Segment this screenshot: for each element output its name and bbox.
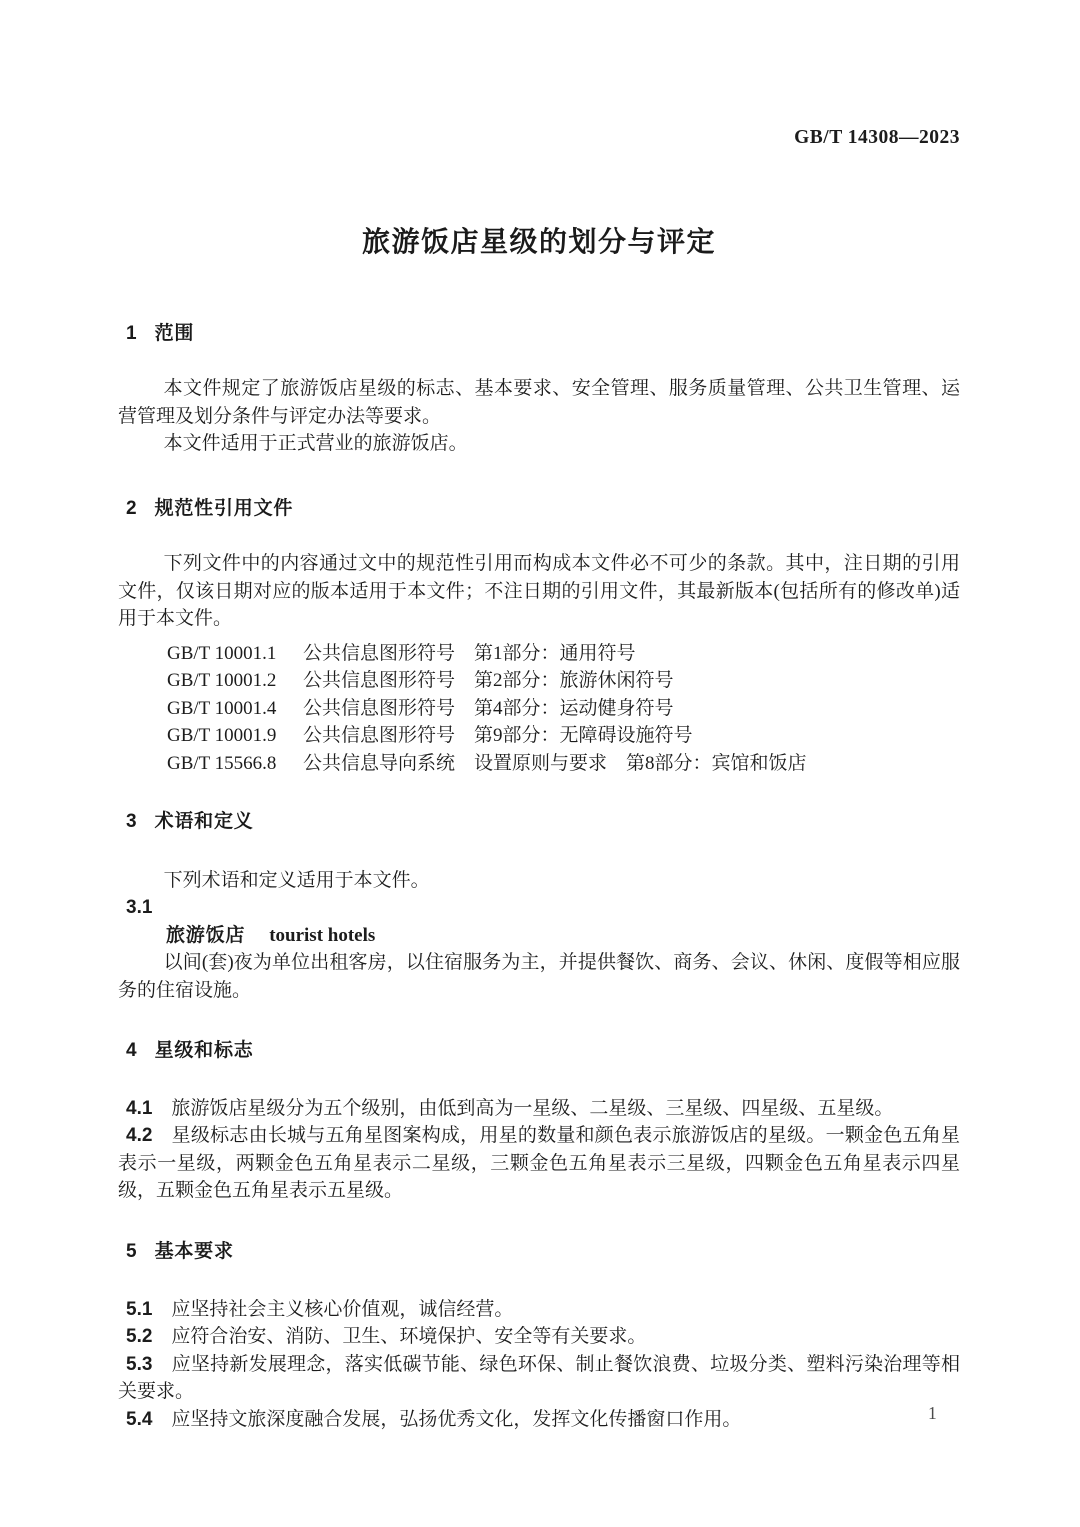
section-heading-label: 规范性引用文件 [155, 498, 294, 519]
section-heading-label: 范围 [155, 323, 195, 344]
section-heading-label: 术语和定义 [155, 811, 254, 832]
document-title: 旅游饭店星级的划分与评定 [118, 224, 960, 260]
section-heading: 5基本要求 [118, 1238, 960, 1266]
clause: 4.1旅游饭店星级分为五个级别，由低到高为一星级、二星级、三星级、四星级、五星级… [118, 1095, 960, 1123]
clause-number: 4.2 [126, 1125, 152, 1146]
section-heading-label: 基本要求 [155, 1241, 234, 1262]
clause-number: 5.4 [126, 1409, 152, 1430]
clause-number: 4.1 [126, 1098, 152, 1119]
reference-code: GB/T 10001.4 [167, 695, 303, 723]
section-heading-label: 星级和标志 [155, 1040, 254, 1061]
clause-number: 5.2 [126, 1326, 152, 1347]
standard-number: GB/T 14308—2023 [118, 128, 960, 148]
clause: 5.3应坚持新发展理念，落实低碳节能、绿色环保、制止餐饮浪费、垃圾分类、塑料污染… [118, 1351, 960, 1406]
reference-title: 公共信息图形符号 第1部分：通用符号 [303, 643, 636, 664]
section-heading: 4星级和标志 [118, 1037, 960, 1065]
paragraph: 本文件规定了旅游饭店星级的标志、基本要求、安全管理、服务质量管理、公共卫生管理、… [118, 375, 960, 430]
clause-text: 应符合治安、消防、卫生、环境保护、安全等有关要求。 [171, 1326, 646, 1347]
reference-code: GB/T 10001.9 [167, 722, 303, 750]
section-number: 5 [126, 1238, 137, 1266]
reference-code: GB/T 10001.1 [167, 640, 303, 668]
section-basic-requirements: 5基本要求 5.1应坚持社会主义核心价值观，诚信经营。 5.2应符合治安、消防、… [118, 1238, 960, 1433]
reference-item: GB/T 10001.2公共信息图形符号 第2部分：旅游休闲符号 [118, 667, 960, 695]
reference-code: GB/T 10001.2 [167, 667, 303, 695]
reference-title: 公共信息图形符号 第4部分：运动健身符号 [303, 698, 674, 719]
clause-text: 星级标志由长城与五角星图案构成，用星的数量和颜色表示旅游饭店的星级。一颗金色五角… [118, 1125, 960, 1201]
section-normative-references: 2规范性引用文件 下列文件中的内容通过文中的规范性引用而构成本文件必不可少的条款… [118, 495, 960, 777]
reference-item: GB/T 10001.4公共信息图形符号 第4部分：运动健身符号 [118, 695, 960, 723]
reference-item: GB/T 10001.1公共信息图形符号 第1部分：通用符号 [118, 640, 960, 668]
clause: 5.1应坚持社会主义核心价值观，诚信经营。 [118, 1296, 960, 1324]
clause-number: 5.1 [126, 1299, 152, 1320]
clause-text: 应坚持文旅深度融合发展，弘扬优秀文化，发挥文化传播窗口作用。 [171, 1409, 741, 1430]
standard-document-page: GB/T 14308—2023 旅游饭店星级的划分与评定 1范围 本文件规定了旅… [0, 0, 1080, 1527]
clause: 5.4应坚持文旅深度融合发展，弘扬优秀文化，发挥文化传播窗口作用。 [118, 1406, 960, 1434]
term-chinese: 旅游饭店 [166, 925, 245, 946]
page-number: 1 [928, 1402, 937, 1424]
reference-title: 公共信息导向系统 设置原则与要求 第8部分：宾馆和饭店 [303, 753, 807, 774]
section-heading: 2规范性引用文件 [118, 495, 960, 523]
clause: 4.2星级标志由长城与五角星图案构成，用星的数量和颜色表示旅游饭店的星级。一颗金… [118, 1122, 960, 1205]
section-star-rating-symbol: 4星级和标志 4.1旅游饭店星级分为五个级别，由低到高为一星级、二星级、三星级、… [118, 1037, 960, 1205]
section-terms-definitions: 3术语和定义 下列术语和定义适用于本文件。 3.1 旅游饭店tourist ho… [118, 808, 960, 1004]
clause-text: 应坚持社会主义核心价值观，诚信经营。 [171, 1299, 513, 1320]
section-number: 2 [126, 495, 137, 523]
paragraph: 下列术语和定义适用于本文件。 [118, 867, 960, 895]
section-heading: 3术语和定义 [118, 808, 960, 836]
section-scope: 1范围 本文件规定了旅游饭店星级的标志、基本要求、安全管理、服务质量管理、公共卫… [118, 320, 960, 458]
clause-text: 旅游饭店星级分为五个级别，由低到高为一星级、二星级、三星级、四星级、五星级。 [171, 1098, 893, 1119]
paragraph: 本文件适用于正式营业的旅游饭店。 [118, 430, 960, 458]
reference-item: GB/T 15566.8公共信息导向系统 设置原则与要求 第8部分：宾馆和饭店 [118, 750, 960, 778]
reference-code: GB/T 15566.8 [167, 750, 303, 778]
term-english: tourist hotels [269, 925, 375, 946]
reference-title: 公共信息图形符号 第9部分：无障碍设施符号 [303, 725, 693, 746]
clause: 5.2应符合治安、消防、卫生、环境保护、安全等有关要求。 [118, 1323, 960, 1351]
section-number: 4 [126, 1037, 137, 1065]
section-number: 3 [126, 808, 137, 836]
term-entry: 旅游饭店tourist hotels [118, 922, 960, 950]
term-number: 3.1 [118, 894, 960, 922]
paragraph: 下列文件中的内容通过文中的规范性引用而构成本文件必不可少的条款。其中，注日期的引… [118, 550, 960, 633]
reference-title: 公共信息图形符号 第2部分：旅游休闲符号 [303, 670, 674, 691]
term-definition: 以间(套)夜为单位出租客房，以住宿服务为主，并提供餐饮、商务、会议、休闲、度假等… [118, 949, 960, 1004]
clause-text: 应坚持新发展理念，落实低碳节能、绿色环保、制止餐饮浪费、垃圾分类、塑料污染治理等… [118, 1354, 960, 1403]
reference-item: GB/T 10001.9公共信息图形符号 第9部分：无障碍设施符号 [118, 722, 960, 750]
clause-number: 5.3 [126, 1354, 152, 1375]
section-heading: 1范围 [118, 320, 960, 348]
section-number: 1 [126, 320, 137, 348]
